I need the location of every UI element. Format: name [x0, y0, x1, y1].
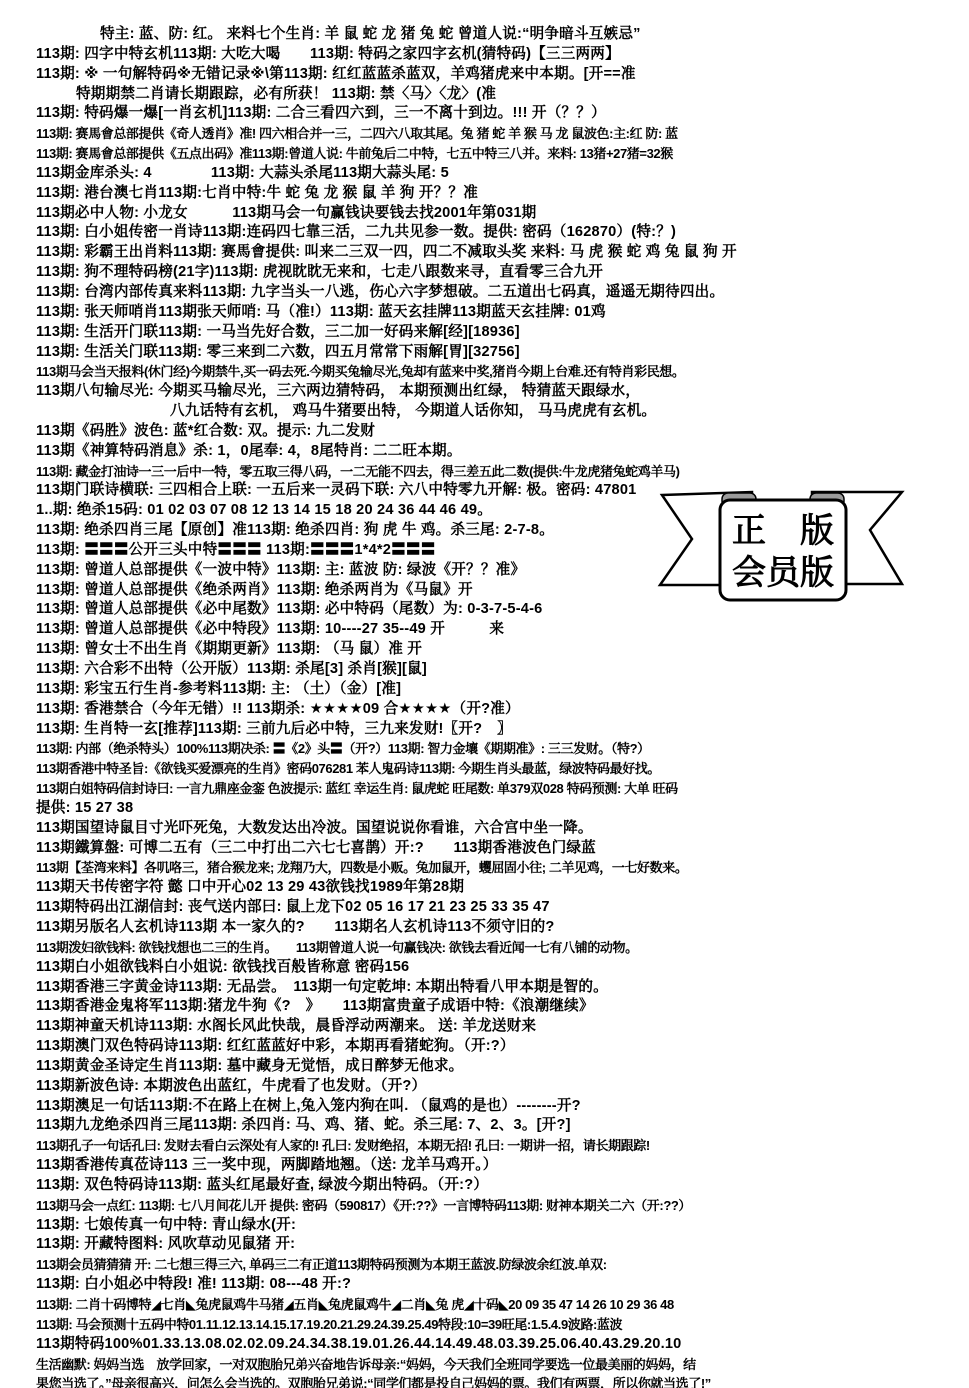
tip-line: 113期香港金鬼将军113期:猪龙牛狗《? 》 113期富贵童子成语中特:《浪潮…	[0, 997, 969, 1017]
tip-line: 113期: 四字中特玄机113期: 大吃大喝 113期: 特码之家四字玄机(猜特…	[0, 45, 969, 65]
tip-line: 113期: 生肖特一玄[推荐]113期: 三前九后必中特，三九来发财!〖开? 〗	[0, 720, 969, 740]
tip-line: 113期金库杀头: 4 113期: 大蒜头杀尾113期大蒜头尾: 5	[0, 164, 969, 184]
tip-line: 113期: 双色特码诗113期: 蓝头红尾最好查, 绿波今期出特码。（开:?）	[0, 1176, 969, 1196]
tipsheet-lines: 特主: 蓝、防: 红。 来料七个生肖: 羊 鼠 蛇 龙 猪 兔 蛇 曾道人说:“…	[0, 25, 969, 1388]
tip-line: 113期神童天机诗113期: 水阁长风此快哉，晨昏浮动两潮来。 送: 羊龙送财来	[0, 1017, 969, 1037]
tip-line: 113期: 二肖十码博特◢七肖◣兔虎鼠鸡牛马猪◢五肖◣兔虎鼠鸡牛◢二肖◣兔 虎◢…	[0, 1295, 969, 1315]
tip-line: 113期鐵算盤: 可博二五有（三二中打出二六七七喜鹊）开:? 113期香港波色门…	[0, 839, 969, 859]
tip-line: 113期: ※ 一句解特码※无错记录※\第113期: 红红蓝蓝杀蓝双，羊鸡猪虎来…	[0, 65, 969, 85]
tip-line: 113期香港传真莅诗113 三一奖中现，两脚踏地翘。（送: 龙羊马鸡开。）	[0, 1156, 969, 1176]
tip-line: 113期八句输尽光: 今期买马输尽光，三六两边猜特码， 本期预测出红绿， 特猜蓝…	[0, 382, 969, 402]
tip-line: 113期: 七娘传真一句中特: 青山绿水(开:	[0, 1216, 969, 1236]
tip-line: 113期: 张天师哨肖113期张天师哨: 马（准!）113期: 蓝天玄挂牌113…	[0, 303, 969, 323]
tip-line: 113期: 港台澳七肖113期:七肖中特:牛 蛇 兔 龙 猴 鼠 羊 狗 开？？…	[0, 184, 969, 204]
tip-line: 113期: 彩宝五行生肖-参考料113期: 主: （土）（金）[准]	[0, 680, 969, 700]
tip-line: 113期: 藏金打油诗一三一后中一特，零五取三得八码，一二无能不四去，得三差五此…	[0, 462, 969, 482]
tip-line: 提供: 15 27 38	[0, 799, 969, 819]
tip-line: 113期孔子一句话孔曰: 发财去看白云深处有人家的! 孔曰: 发财绝招，本期无招…	[0, 1136, 969, 1156]
tip-line: 113期【荃湾来料】各叽咯三，猪合猴龙来; 龙翔乃大，四数是小贩。兔加鼠开，蠼屈…	[0, 858, 969, 878]
tip-line: 生活幽默: 妈妈当选 放学回家，一对双胞胎兄弟兴奋地告诉母亲:“妈妈，今天我们全…	[0, 1355, 969, 1375]
member-edition-banner: 正 版 会员版	[652, 482, 914, 610]
tip-line: 113期: 香港禁合（今年无错）!! 113期杀: ★★★★09 合★★★★（开…	[0, 700, 969, 720]
tip-line: 113期: 白小姐必中特段! 准! 113期: 08---48 开:?	[0, 1275, 969, 1295]
tip-line: 113期白小姐欲钱料白小姐说: 欲钱找百般皆称意 密码156	[0, 958, 969, 978]
tip-line: 113期: 彩霸王出肖料113期: 赛馬會提供: 叫来二三双一四，四二不减取头奖…	[0, 243, 969, 263]
tip-line: 113期《码胜》波色: 蓝*红合数: 双。提示: 九二发财	[0, 422, 969, 442]
tip-line: 113期天书传密字符 懿 口中开心02 13 29 43欲钱找1989年第28期	[0, 878, 969, 898]
tip-line: 113期新波色诗: 本期波色出蓝红，牛虎看了也发财。（开?）	[0, 1077, 969, 1097]
tip-line: 113期马会当天报料(休门经)今期禁牛,买一码去死.今期买兔输尽光,兔却有蓝来中…	[0, 362, 969, 382]
tip-line: 特期期禁二肖请长期跟踪，必有所获！ 113期: 禁〈马〉〈龙〉(准	[0, 85, 969, 105]
tip-line: 113期国望诗鼠目寸光吓死兔，大数发达出冷波。国望说说你看谁，六合宫中坐一降。	[0, 819, 969, 839]
tip-line: 113期黄金圣诗定生肖113期: 墓中藏身无觉悟，成日醉梦无他求。	[0, 1057, 969, 1077]
tip-line: 113期: 台湾内部传真来料113期: 九字当头一八逃，伤心六字梦想破。二五道出…	[0, 283, 969, 303]
tip-line: 113期《神算特码消息》杀: 1，0尾奉: 4，8尾特肖: 二二旺本期。	[0, 442, 969, 462]
tip-line: 113期白姐特码信封诗曰: 一言九鼎座金銮 色波提示: 蓝红 幸运生肖: 鼠虎蛇…	[0, 779, 969, 799]
tip-line: 113期: 赛馬會总部提供《五点出码》准113期:曾道人说: 牛前兔后二中特，七…	[0, 144, 969, 164]
tip-line: 113期必中人物: 小龙女 113期马会一句赢钱诀要钱去找2001年第031期	[0, 204, 969, 224]
tip-line: 113期马会一点红: 113期: 七八月间花儿开 提供: 密码（590817）《…	[0, 1196, 969, 1216]
tip-line: 果您当选了。”母亲很高兴，问怎么会当选的。双胞胎兄弟说:“同学们都是投自己妈妈的…	[0, 1374, 969, 1388]
tip-line: 113期: 白小姐传密一肖诗113期:连码四七靠三活，二九共见参一数。提供: 密…	[0, 223, 969, 243]
tip-line: 113期澳足一句话113期:不在路上在树上,兔入笼内狗在叫. （鼠鸡的是也）--…	[0, 1097, 969, 1117]
tip-line: 113期: 生活开门联113期: 一马当先好合数，三二加一好码来解[经][189…	[0, 323, 969, 343]
tip-line: 113期: 赛馬會总部提供《奇人透肖》准! 四六相合并一三，二四六八取其尾。兔 …	[0, 124, 969, 144]
tip-line: 113期: 生活关门联113期: 零三来到二六数，四五月常常下雨解[胃][327…	[0, 343, 969, 363]
tip-line: 113期: 特码爆一爆[一肖玄机]113期: 二合三看四六到，三一不离十到边。!…	[0, 104, 969, 124]
banner-title-line2: 会员版	[732, 554, 834, 592]
tip-line: 113期会员猜猜猜 开: 二七想三得三六, 单码三二有正道113期特码预测为本期…	[0, 1255, 969, 1275]
tip-line: 113期九龙绝杀四肖三尾113期: 杀四肖: 马、鸡、猪、蛇。杀三尾: 7、2、…	[0, 1116, 969, 1136]
tip-line: 113期: 内部（绝杀特头）100%113期决杀: 〓《2》头〓（开?）113期…	[0, 739, 969, 759]
tip-line: 113期特码出江湖信封: 丧气送内部曰: 鼠上龙下02 05 16 17 21 …	[0, 898, 969, 918]
tip-line: 113期: 狗不理特码榜(21字)113期: 虎视眈眈无来和，七走八跟数来寻，直…	[0, 263, 969, 283]
tip-line: 113期: 马会预测十五码中特01.11.12.13.14.15.17.19.2…	[0, 1315, 969, 1335]
tip-line: 特主: 蓝、防: 红。 来料七个生肖: 羊 鼠 蛇 龙 猪 兔 蛇 曾道人说:“…	[0, 25, 969, 45]
tip-line: 113期香港中特圣旨:《欲钱买爱漂亮的生肖》密码076281 苯人鬼码诗113期…	[0, 759, 969, 779]
tip-line: 113期澳门双色特码诗113期: 红红蓝蓝好中彩，本期再看猪蛇狗。（开:?）	[0, 1037, 969, 1057]
banner-title-line1: 正 版	[732, 512, 834, 550]
tip-line: 113期另版名人玄机诗113期 本一家久的? 113期名人玄机诗113不须守旧的…	[0, 918, 969, 938]
tip-line: 113期特码100%01.33.13.08.02.02.09.24.34.38.…	[0, 1335, 969, 1355]
tip-line: 113期泼妇欲钱料: 欲钱找想也二三的生肖。 113期曾道人说一句赢钱决: 欲钱…	[0, 938, 969, 958]
tip-line: 八九话特有玄机， 鸡马牛猪要出特， 今期道人话你知， 马马虎虎有玄机。	[0, 402, 969, 422]
tip-line: 113期: 开藏特图料: 风吹草动见鼠猪 开:	[0, 1235, 969, 1255]
tip-line: 113期: 六合彩不出特（公开版）113期: 杀尾[3] 杀肖[猴][鼠]	[0, 660, 969, 680]
lottery-tipsheet: 特主: 蓝、防: 红。 来料七个生肖: 羊 鼠 蛇 龙 猪 兔 蛇 曾道人说:“…	[0, 0, 969, 1388]
tip-line: 113期香港三字黄金诗113期: 无品尝。 113期一句定乾坤: 本期出特看八甲…	[0, 978, 969, 998]
tip-line: 113期: 曾道人总部提供《必中特段》113期: 10----27 35--49…	[0, 620, 969, 640]
tip-line: 113期: 曾女士不出生肖《期期更新》113期: （马 鼠）准 开	[0, 640, 969, 660]
